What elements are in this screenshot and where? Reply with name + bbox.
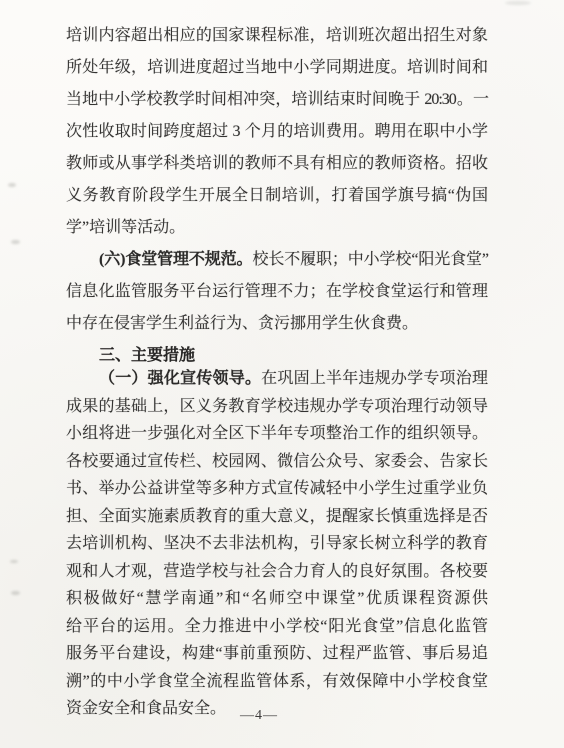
line-text: 信息化监管服务平台运行管理不力；在学校食堂运行和管理	[66, 283, 488, 300]
line-text: 校长不履职；中小学校“阳光食堂”	[252, 251, 488, 268]
text-line: 学”培训等活动。	[66, 212, 488, 244]
scan-artifact	[505, 1, 531, 5]
text-line: 积极做好“慧学南通”和“名师空中课堂”优质课程资源供	[66, 585, 488, 613]
text-line: 次性收取时间跨度超过 3 个月的培训费用。聘用在职中小学	[66, 116, 488, 148]
line-text: 学”培训等活动。	[66, 219, 185, 236]
scan-artifact	[11, 591, 20, 595]
line-text: 三、主要措施	[99, 347, 195, 364]
text-line: 义务教育阶段学生开展全日制培训，打着国学旗号搞“伪国	[66, 180, 488, 212]
line-text: 各校要通过宣传栏、校园网、微信公众号、家委会、告家长	[66, 453, 488, 470]
text-line: 培训内容超出相应的国家课程标准，培训班次超出招生对象	[66, 20, 488, 52]
line-text: 在巩固上半年违规办学专项治理	[261, 370, 488, 387]
line-text: 小组将进一步强化对全区下半年专项整治工作的组织领导。	[66, 425, 488, 442]
text-line: 去培训机构、坚决不去非法机构，引导家长树立科学的教育	[66, 530, 488, 558]
paragraph-block-2: （一）强化宣传领导。在巩固上半年违规办学专项治理成果的基础上，区义务教育学校违规…	[66, 365, 488, 723]
text-line: 观和人才观，营造学校与社会合力育人的良好氛围。各校要	[66, 558, 488, 586]
line-text: 服务平台建设，构建“事前重预防、过程严监管、事后易追	[66, 645, 488, 662]
text-line: 所处年级，培训进度超过当地中小学同期进度。培训时间和	[66, 52, 488, 84]
text-line: 中存在侵害学生利益行为、贪污挪用学生伙食费。	[66, 308, 488, 340]
line-text: 次性收取时间跨度超过 3 个月的培训费用。聘用在职中小学	[66, 123, 488, 140]
text-line: 各校要通过宣传栏、校园网、微信公众号、家委会、告家长	[66, 448, 488, 476]
text-line: 教师或从事学科类培训的教师不具有相应的教师资格。招收	[66, 148, 488, 180]
line-text: 培训内容超出相应的国家课程标准，培训班次超出招生对象	[66, 27, 488, 44]
text-line: 当地中小学校教学时间相冲突，培训结束时间晚于 20:30。一	[66, 84, 488, 116]
line-text: 溯”的中小学食堂全流程监管体系，有效保障中小学校食堂	[66, 673, 488, 690]
line-text: 书、举办公益讲堂等多种方式宣传减轻中小学生过重学业负	[66, 480, 488, 497]
subsection-label: （一）强化宣传领导。	[99, 370, 261, 387]
line-text: 中存在侵害学生利益行为、贪污挪用学生伙食费。	[66, 315, 418, 332]
line-text: 观和人才观，营造学校与社会合力育人的良好氛围。各校要	[66, 563, 488, 580]
text-line: 溯”的中小学食堂全流程监管体系，有效保障中小学校食堂	[66, 668, 488, 696]
text-line: 信息化监管服务平台运行管理不力；在学校食堂运行和管理	[66, 276, 488, 308]
text-line: 小组将进一步强化对全区下半年专项整治工作的组织领导。	[66, 420, 488, 448]
line-text: 所处年级，培训进度超过当地中小学同期进度。培训时间和	[66, 59, 488, 76]
scanned-document-page: 培训内容超出相应的国家课程标准，培训班次超出招生对象所处年级，培训进度超过当地中…	[0, 0, 564, 748]
page-footer: —4—	[0, 708, 518, 724]
text-line: 书、举办公益讲堂等多种方式宣传减轻中小学生过重学业负	[66, 475, 488, 503]
line-text: 去培训机构、坚决不去非法机构，引导家长树立科学的教育	[66, 535, 488, 552]
line-text: 积极做好“慧学南通”和“名师空中课堂”优质课程资源供	[66, 590, 488, 607]
page-number: —4—	[240, 708, 278, 723]
line-text: 义务教育阶段学生开展全日制培训，打着国学旗号搞“伪国	[66, 187, 488, 204]
text-line: (六)食堂管理不规范。校长不履职；中小学校“阳光食堂”	[66, 244, 488, 276]
subsection-label: (六)食堂管理不规范。	[99, 251, 252, 268]
line-text: 教师或从事学科类培训的教师不具有相应的教师资格。招收	[66, 155, 488, 172]
scan-artifact	[11, 240, 20, 244]
text-line: 担、全面实施素质教育的重大意义，提醒家长慎重选择是否	[66, 503, 488, 531]
line-text: 给平台的运用。全力推进中小学校“阳光食堂”信息化监管	[66, 618, 488, 635]
scan-artifact	[8, 183, 16, 187]
line-text: 当地中小学校教学时间相冲突，培训结束时间晚于 20:30。一	[66, 91, 488, 108]
text-line: 成果的基础上，区义务教育学校违规办学专项治理行动领导	[66, 393, 488, 421]
paragraph-block-1: 培训内容超出相应的国家课程标准，培训班次超出招生对象所处年级，培训进度超过当地中…	[66, 20, 488, 372]
text-line: 给平台的运用。全力推进中小学校“阳光食堂”信息化监管	[66, 613, 488, 641]
line-text: 成果的基础上，区义务教育学校违规办学专项治理行动领导	[66, 398, 488, 415]
text-line: 服务平台建设，构建“事前重预防、过程严监管、事后易追	[66, 640, 488, 668]
line-text: 担、全面实施素质教育的重大意义，提醒家长慎重选择是否	[66, 508, 488, 525]
text-line: （一）强化宣传领导。在巩固上半年违规办学专项治理	[66, 365, 488, 393]
scan-artifact	[10, 560, 18, 563]
